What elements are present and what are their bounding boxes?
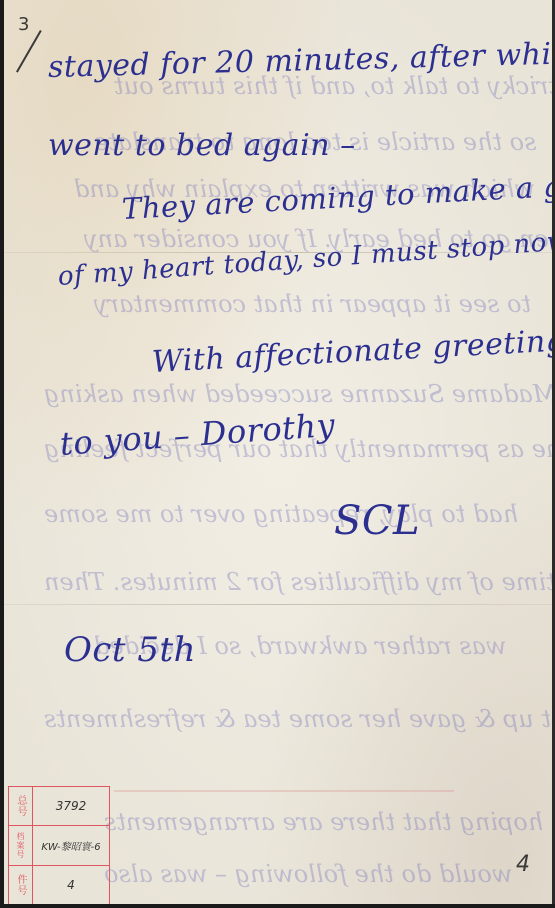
paper-fold (4, 604, 555, 605)
date: Oct 5th (64, 630, 196, 670)
stamp-value-item-no: 4 (33, 866, 109, 904)
letter-line: went to bed again – (48, 128, 356, 163)
initials: SCL (334, 498, 420, 544)
bleed-through-line: Madame Suzanne succeeded when asking (44, 380, 555, 408)
letter-line: With affectionate greetings (151, 323, 555, 380)
stamp-label-total-no: 总号 (9, 787, 33, 826)
page-marker: 3 (18, 14, 29, 35)
faint-rule (114, 790, 454, 792)
stamp-label-item-no: 件号 (9, 866, 33, 904)
bleed-through-line: would do the following – was also (104, 860, 512, 888)
stamp-label-file-no: 档案号 (9, 826, 33, 865)
page-number: 4 (516, 852, 530, 877)
stamp-value-total-no: 3792 (33, 787, 109, 826)
letter-page: It is tricky to talk to, and if this tur… (4, 0, 555, 904)
archive-stamp: 总号 3792 档案号 KW-黎昭寰-6 件号 4 (8, 786, 110, 904)
bleed-through-line: got up & gave her some tea & refreshment… (44, 705, 555, 733)
page-marker-slash (16, 30, 42, 73)
bleed-through-line: to see it appear in that commentary (94, 290, 531, 318)
bleed-through-line: hoping that there are arrangements (104, 808, 543, 836)
bleed-through-line: had to play, repeating over to me some (44, 500, 518, 528)
stamp-value-file-no: KW-黎昭寰-6 (33, 826, 109, 865)
bleed-through-line: time of my difficulties for 2 minutes. T… (44, 568, 555, 596)
